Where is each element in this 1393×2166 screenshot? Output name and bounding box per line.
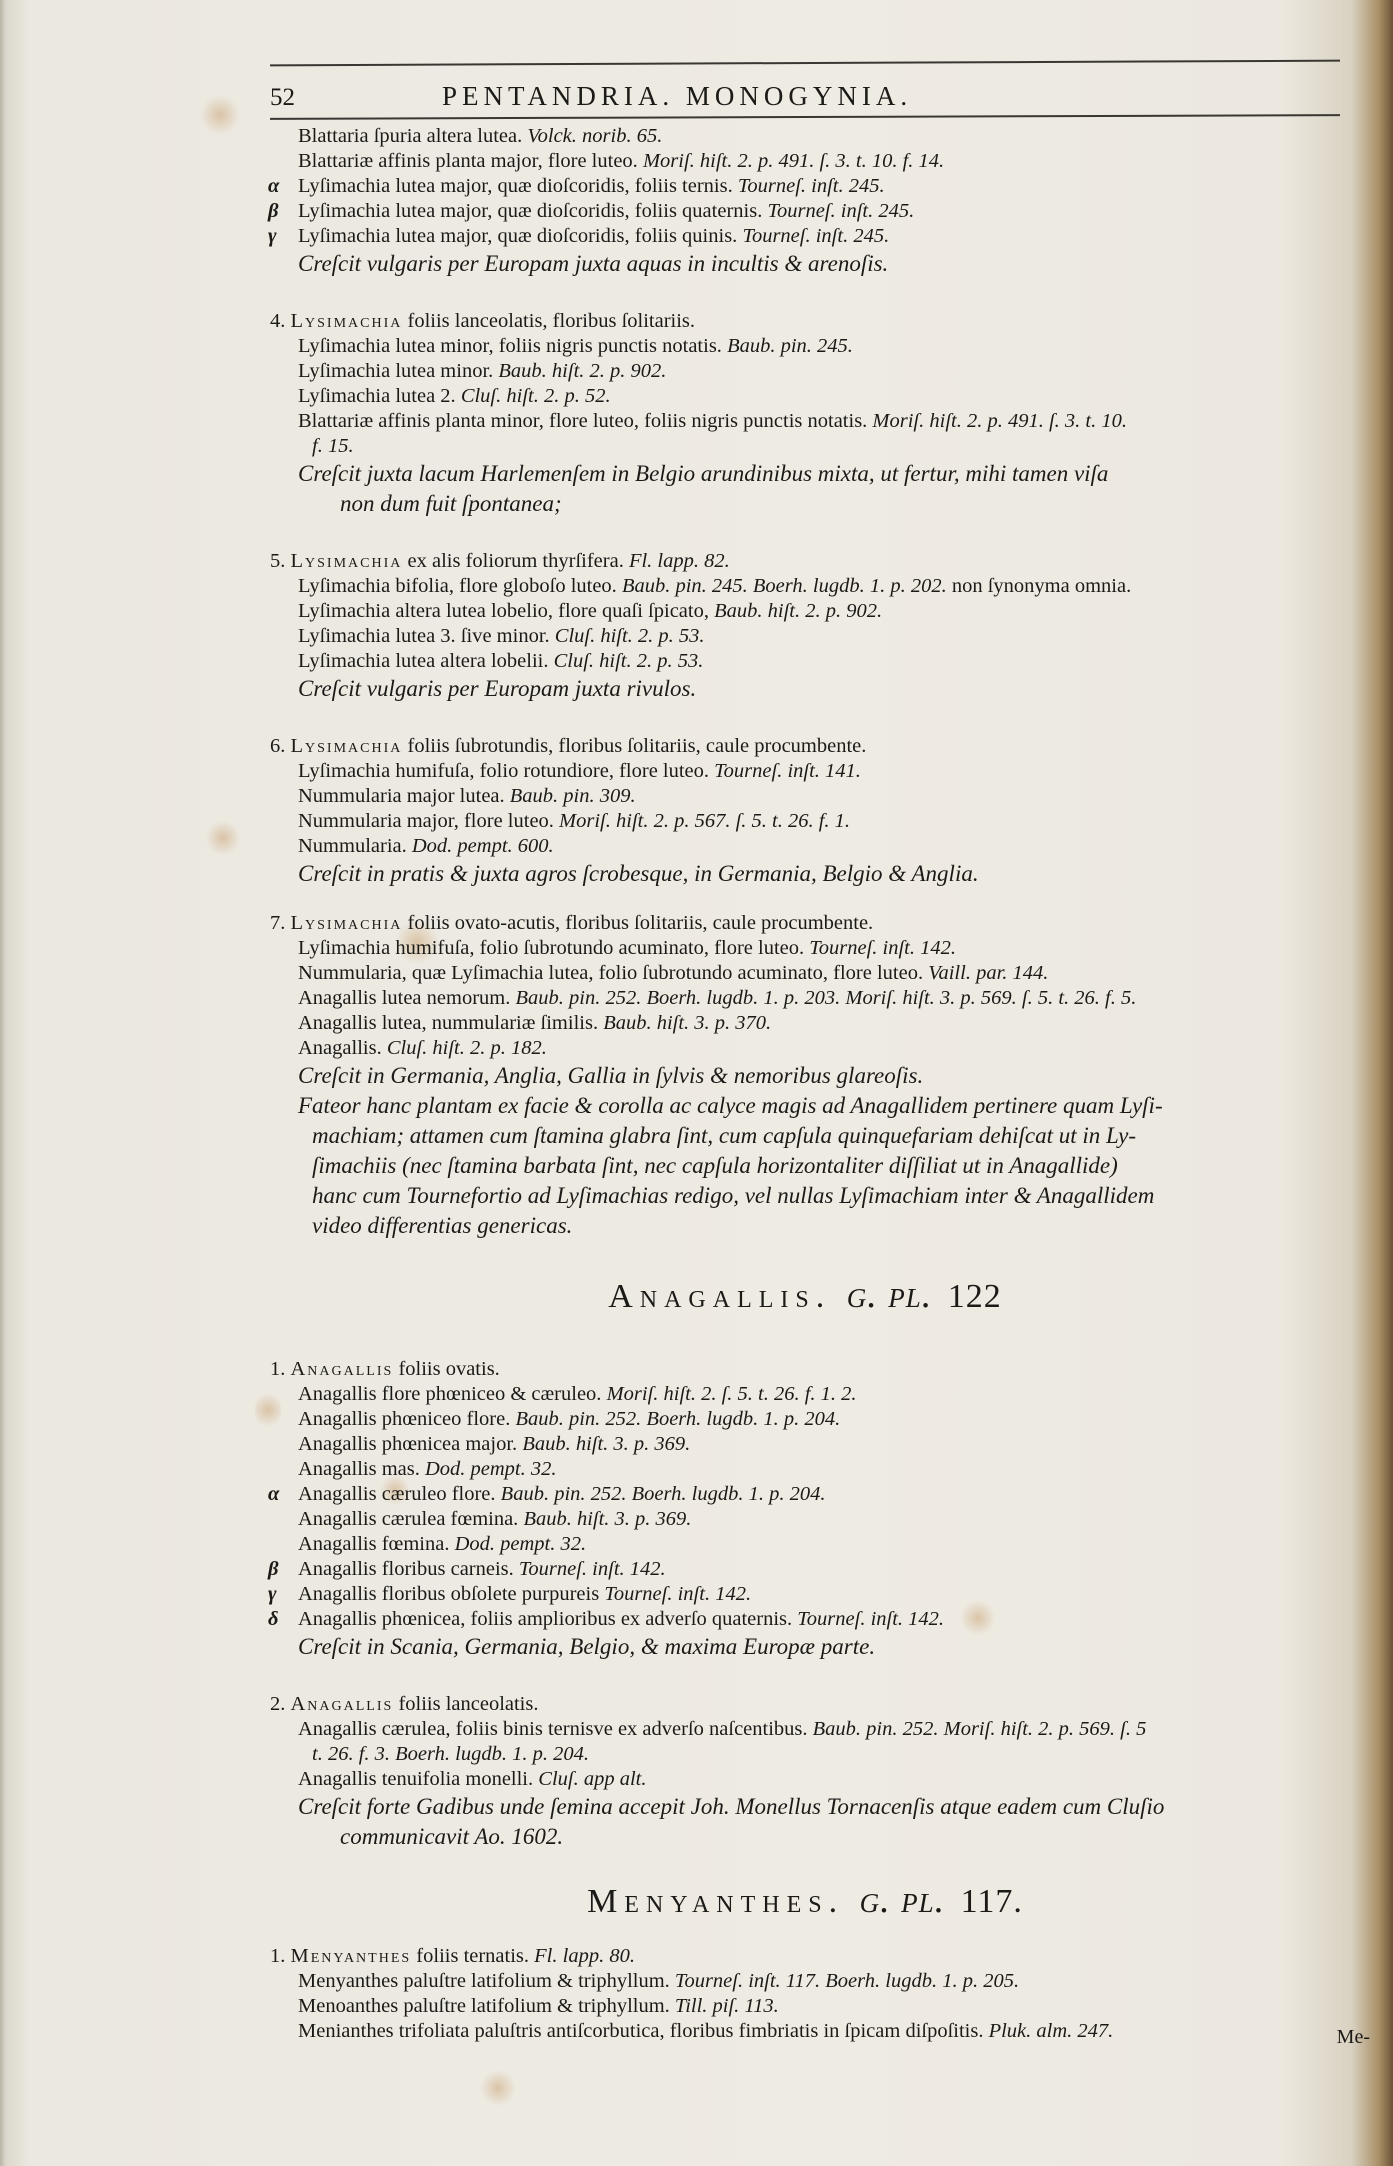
synonym-text: Blattaria ſpuria altera lutea. xyxy=(298,125,522,147)
synonym-line: Lyſimachia bifolia, flore globoſo luteo.… xyxy=(270,574,1340,599)
synonym-ref: Vaill. par. 144. xyxy=(928,962,1048,984)
synonym-ref: Cluſ. hiſt. 2. p. 53. xyxy=(554,650,704,672)
continuation-block: Blattaria ſpuria altera lutea. Volck. no… xyxy=(270,124,1340,279)
synonym-line: Anagallis phœnicea major. Baub. hiſt. 3.… xyxy=(270,1432,1340,1457)
variety-marker: γ xyxy=(268,224,277,249)
synonym-text: Menianthes trifoliata paluſtris antiſcor… xyxy=(298,2020,983,2042)
synonym-line: Menoanthes paluſtre latifolium & triphyl… xyxy=(270,1994,1340,2019)
habitat-line: Creſcit juxta lacum Harlemenſem in Belgi… xyxy=(270,459,1340,489)
page-header: 52 PENTANDRIA. MONOGYNIA. xyxy=(270,72,1340,112)
species-number: 1. xyxy=(270,1945,285,1967)
species-entry: 5. Lysimachia ex alis foliorum thyrſifer… xyxy=(270,549,1340,704)
species-entry: 4. Lysimachia foliis lanceolatis, florib… xyxy=(270,309,1340,519)
synonym-line: Anagallis lutea, nummulariæ ſimilis. Bau… xyxy=(270,1011,1340,1036)
synonym-ref: Baub. hiſt. 3. p. 370. xyxy=(603,1012,771,1034)
synonym-ref: Dod. pempt. 32. xyxy=(425,1458,557,1480)
synonym-line: Nummularia. Dod. pempt. 600. xyxy=(270,834,1340,859)
remark-line: video differentias genericas. xyxy=(270,1211,1340,1241)
genus-heading: Menyanthes. g. pl. 117. xyxy=(270,1878,1340,1922)
genus-name: Lysimachia xyxy=(291,550,403,572)
synonym-note: non ſynonyma omnia. xyxy=(952,575,1131,597)
genus-heading-name: Anagallis. xyxy=(608,1278,831,1315)
genus-heading-name: Menyanthes. xyxy=(587,1883,844,1920)
synonym-line: Anagallis tenuifolia monelli. Cluſ. app … xyxy=(270,1767,1340,1792)
variety-marker: β xyxy=(268,199,279,224)
synonym-ref: t. 26. f. 3. Boerh. lugdb. 1. p. 204. xyxy=(312,1743,589,1765)
synonym-ref: Baub. pin. 252. Boerh. lugdb. 1. p. 204. xyxy=(501,1483,826,1505)
synonym-line: Anagallis cærulea fœmina. Baub. hiſt. 3.… xyxy=(270,1507,1340,1532)
synonym-text: Lyſimachia humifuſa, folio rotundiore, f… xyxy=(298,760,709,782)
synonym-ref: Tourneſ. inſt. 142. xyxy=(604,1583,751,1605)
species-number: 4. xyxy=(270,310,285,332)
synonym-line: Lyſimachia humifuſa, folio rotundiore, f… xyxy=(270,759,1340,784)
synonym-text: Blattariæ affinis planta major, flore lu… xyxy=(298,150,638,172)
synonym-text: Anagallis tenuifolia monelli. xyxy=(298,1768,533,1790)
synonym-ref: Baub. pin. 252. Boerh. lugdb. 1. p. 203.… xyxy=(515,987,1136,1009)
synonym-line: Anagallis lutea nemorum. Baub. pin. 252.… xyxy=(270,986,1340,1011)
species-entry: 1. Menyanthes foliis ternatis. Fl. lapp.… xyxy=(270,1944,1340,2044)
synonym-ref: Tourneſ. inſt. 142. xyxy=(797,1608,944,1630)
synonym-text: Lyſimachia altera lutea lobelio, flore q… xyxy=(298,600,709,622)
synonym-text: Lyſimachia lutea altera lobelii. xyxy=(298,650,548,672)
synonym-line: Nummularia, quæ Lyſimachia lutea, folio … xyxy=(270,961,1340,986)
synonym-text: Anagallis mas. xyxy=(298,1458,420,1480)
diagnosis-text: foliis lanceolatis. xyxy=(398,1693,538,1715)
species-number: 6. xyxy=(270,735,285,757)
synonym-line: Blattariæ affinis planta major, flore lu… xyxy=(270,149,1340,174)
synonym-text: Lyſimachia lutea minor, foliis nigris pu… xyxy=(298,335,722,357)
diagnosis-text: foliis ſubrotundis, floribus ſolitariis,… xyxy=(408,735,867,757)
synonym-ref: Moriſ. hiſt. 2. p. 491. ſ. 3. t. 10. xyxy=(872,410,1127,432)
synonym-ref: Till. piſ. 113. xyxy=(675,1995,779,2017)
synonym-line: αAnagallis cæruleo flore. Baub. pin. 252… xyxy=(270,1482,1340,1507)
synonym-ref: Baub. hiſt. 2. p. 902. xyxy=(714,600,882,622)
synonym-line: βLyſimachia lutea major, quæ dioſcoridis… xyxy=(270,199,1340,224)
synonym-continuation: t. 26. f. 3. Boerh. lugdb. 1. p. 204. xyxy=(270,1742,1340,1767)
habitat-line: Creſcit in Germania, Anglia, Gallia in ſ… xyxy=(270,1061,1340,1091)
synonym-text: Menyanthes paluſtre latifolium & triphyl… xyxy=(298,1970,670,1992)
species-entry: 7. Lysimachia foliis ovato-acutis, flori… xyxy=(270,911,1340,1241)
synonym-ref: Cluſ. app alt. xyxy=(538,1768,646,1790)
remark-line: machiam; attamen cum ſtamina glabra ſint… xyxy=(270,1121,1340,1151)
synonym-text: Anagallis lutea, nummulariæ ſimilis. xyxy=(298,1012,598,1034)
species-number: 7. xyxy=(270,912,285,934)
diagnosis-ref: Fl. lapp. 82. xyxy=(629,550,730,572)
habitat-line: non dum fuit ſpontanea; xyxy=(270,489,1340,519)
remark-line: Fateor hanc plantam ex facie & corolla a… xyxy=(270,1091,1340,1121)
species-entry: 2. Anagallis foliis lanceolatis. Anagall… xyxy=(270,1692,1340,1852)
species-entry: 6. Lysimachia foliis ſubrotundis, florib… xyxy=(270,734,1340,889)
synonym-ref: Cluſ. hiſt. 2. p. 182. xyxy=(387,1037,547,1059)
synonym-line: Lyſimachia lutea minor, foliis nigris pu… xyxy=(270,334,1340,359)
synonym-text: Anagallis fœmina. xyxy=(298,1533,449,1555)
synonym-line: Lyſimachia altera lutea lobelio, flore q… xyxy=(270,599,1340,624)
synonym-text: Anagallis lutea nemorum. xyxy=(298,987,510,1009)
synonym-line: Menyanthes paluſtre latifolium & triphyl… xyxy=(270,1969,1340,1994)
synonym-text: Anagallis cæruleo flore. xyxy=(298,1483,496,1505)
variety-marker: β xyxy=(268,1557,279,1582)
synonym-ref: Tourneſ. inſt. 245. xyxy=(738,175,885,197)
remark-line: hanc cum Tournefortio ad Lyſimachias red… xyxy=(270,1181,1340,1211)
synonym-line: δAnagallis phœnicea, foliis amplioribus … xyxy=(270,1607,1340,1632)
synonym-line: Nummularia major lutea. Baub. pin. 309. xyxy=(270,784,1340,809)
synonym-text: Nummularia, quæ Lyſimachia lutea, folio … xyxy=(298,962,923,984)
synonym-text: Anagallis phœnicea major. xyxy=(298,1433,517,1455)
species-number: 1. xyxy=(270,1358,285,1380)
species-number: 5. xyxy=(270,550,285,572)
synonym-text: Anagallis. xyxy=(298,1037,382,1059)
habitat-line: Creſcit forte Gadibus unde ſemina accepi… xyxy=(270,1792,1340,1822)
genus-heading-number: 117. xyxy=(961,1883,1023,1920)
species-number: 2. xyxy=(270,1693,285,1715)
synonym-ref: Moriſ. hiſt. 2. p. 567. ſ. 5. t. 26. f. … xyxy=(559,810,850,832)
synonym-ref: Cluſ. hiſt. 2. p. 52. xyxy=(461,385,611,407)
habitat-line: Creſcit in Scania, Germania, Belgio, & m… xyxy=(270,1632,1340,1662)
synonym-line: Anagallis cærulea, foliis binis ternisve… xyxy=(270,1717,1340,1742)
diagnosis-text: ex alis foliorum thyrſifera. xyxy=(408,550,624,572)
species-entry: 1. Anagallis foliis ovatis. Anagallis fl… xyxy=(270,1357,1340,1662)
synonym-continuation: f. 15. xyxy=(270,434,1340,459)
genus-heading: Anagallis. g. pl. 122 xyxy=(270,1273,1340,1317)
species-diagnosis: 2. Anagallis foliis lanceolatis. xyxy=(270,1692,1340,1717)
variety-marker: α xyxy=(268,174,279,199)
diagnosis-text: foliis ovatis. xyxy=(398,1358,499,1380)
synonym-ref: Volck. norib. 65. xyxy=(527,125,662,147)
genus-name: Anagallis xyxy=(291,1358,394,1380)
header-bottom-rule xyxy=(270,114,1340,120)
synonym-line: Lyſimachia lutea 2. Cluſ. hiſt. 2. p. 52… xyxy=(270,384,1340,409)
page-number: 52 xyxy=(270,84,322,112)
synonym-line: Blattariæ affinis planta minor, flore lu… xyxy=(270,409,1340,434)
synonym-ref: Baub. pin. 245. xyxy=(727,335,853,357)
synonym-ref: Tourneſ. inſt. 245. xyxy=(767,200,914,222)
species-diagnosis: 7. Lysimachia foliis ovato-acutis, flori… xyxy=(270,911,1340,936)
habitat-line: Creſcit vulgaris per Europam juxta rivul… xyxy=(270,674,1340,704)
synonym-ref: Baub. pin. 309. xyxy=(510,785,636,807)
genus-name: Lysimachia xyxy=(291,912,403,934)
book-page: 52 PENTANDRIA. MONOGYNIA. Blattaria ſpur… xyxy=(270,62,1340,2044)
running-head: PENTANDRIA. MONOGYNIA. xyxy=(442,81,912,112)
genus-name: Lysimachia xyxy=(291,735,403,757)
synonym-ref: Cluſ. hiſt. 2. p. 53. xyxy=(555,625,705,647)
synonym-text: Anagallis cærulea fœmina. xyxy=(298,1508,518,1530)
diagnosis-text: foliis ternatis. xyxy=(416,1945,529,1967)
diagnosis-ref: Fl. lapp. 80. xyxy=(534,1945,635,1967)
synonym-ref: Baub. hiſt. 3. p. 369. xyxy=(523,1508,691,1530)
synonym-ref: Tourneſ. inſt. 245. xyxy=(742,225,889,247)
synonym-text: Lyſimachia lutea minor. xyxy=(298,360,493,382)
catchword: Me- xyxy=(1337,2026,1370,2049)
synonym-line: Anagallis phœniceo flore. Baub. pin. 252… xyxy=(270,1407,1340,1432)
synonym-line: Lyſimachia lutea altera lobelii. Cluſ. h… xyxy=(270,649,1340,674)
synonym-line: γAnagallis floribus obſolete purpureis T… xyxy=(270,1582,1340,1607)
synonym-ref: Baub. pin. 245. Boerh. lugdb. 1. p. 202. xyxy=(622,575,947,597)
genus-heading-ref: g. pl. xyxy=(847,1274,933,1316)
variety-marker: γ xyxy=(268,1582,277,1607)
synonym-text: Anagallis cærulea, foliis binis ternisve… xyxy=(298,1718,808,1740)
habitat-line: Creſcit in pratis & juxta agros ſcrobesq… xyxy=(270,859,1340,889)
synonym-text: Blattariæ affinis planta minor, flore lu… xyxy=(298,410,867,432)
diagnosis-text: foliis ovato-acutis, floribus ſolitariis… xyxy=(408,912,874,934)
synonym-ref: Tourneſ. inſt. 142. xyxy=(519,1558,666,1580)
genus-heading-number: 122 xyxy=(948,1278,1002,1315)
synonym-line: Blattaria ſpuria altera lutea. Volck. no… xyxy=(270,124,1340,149)
genus-name: Menyanthes xyxy=(291,1945,412,1967)
synonym-text: Lyſimachia lutea 3. ſive minor. xyxy=(298,625,550,647)
synonym-ref: Moriſ. hiſt. 2. p. 491. ſ. 3. t. 10. f. … xyxy=(643,150,944,172)
synonym-ref: Tourneſ. inſt. 142. xyxy=(809,937,956,959)
variety-marker: δ xyxy=(268,1607,279,1632)
synonym-ref: Tourneſ. inſt. 117. Boerh. lugdb. 1. p. … xyxy=(675,1970,1019,1992)
species-diagnosis: 1. Menyanthes foliis ternatis. Fl. lapp.… xyxy=(270,1944,1340,1969)
synonym-text: Lyſimachia humifuſa, folio ſubrotundo ac… xyxy=(298,937,804,959)
habitat-line: communicavit Ao. 1602. xyxy=(270,1822,1340,1852)
remark-line: ſimachiis (nec ſtamina barbata ſint, nec… xyxy=(270,1151,1340,1181)
synonym-text: Anagallis phœniceo flore. xyxy=(298,1408,510,1430)
species-diagnosis: 6. Lysimachia foliis ſubrotundis, florib… xyxy=(270,734,1340,759)
synonym-line: Anagallis. Cluſ. hiſt. 2. p. 182. xyxy=(270,1036,1340,1061)
synonym-line: Lyſimachia lutea minor. Baub. hiſt. 2. p… xyxy=(270,359,1340,384)
synonym-ref: f. 15. xyxy=(312,435,354,457)
species-diagnosis: 5. Lysimachia ex alis foliorum thyrſifer… xyxy=(270,549,1340,574)
species-diagnosis: 4. Lysimachia foliis lanceolatis, florib… xyxy=(270,309,1340,334)
synonym-line: Lyſimachia lutea 3. ſive minor. Cluſ. hi… xyxy=(270,624,1340,649)
synonym-line: Anagallis mas. Dod. pempt. 32. xyxy=(270,1457,1340,1482)
synonym-text: Anagallis flore phœniceo & cæruleo. xyxy=(298,1383,601,1405)
variety-marker: α xyxy=(268,1482,279,1507)
synonym-text: Nummularia major, flore luteo. xyxy=(298,810,554,832)
genus-name: Lysimachia xyxy=(291,310,403,332)
synonym-ref: Pluk. alm. 247. xyxy=(989,2020,1114,2042)
synonym-ref: Baub. pin. 252. Boerh. lugdb. 1. p. 204. xyxy=(515,1408,840,1430)
genus-heading-ref: g. pl. xyxy=(860,1879,946,1921)
synonym-line: Anagallis fœmina. Dod. pempt. 32. xyxy=(270,1532,1340,1557)
synonym-text: Lyſimachia lutea 2. xyxy=(298,385,456,407)
synonym-line: Anagallis flore phœniceo & cæruleo. Mori… xyxy=(270,1382,1340,1407)
header-top-rule xyxy=(270,60,1340,67)
synonym-line: Menianthes trifoliata paluſtris antiſcor… xyxy=(270,2019,1340,2044)
habitat-line: Creſcit vulgaris per Europam juxta aquas… xyxy=(270,249,1340,279)
synonym-line: βAnagallis floribus carneis. Tourneſ. in… xyxy=(270,1557,1340,1582)
synonym-text: Lyſimachia bifolia, flore globoſo luteo. xyxy=(298,575,617,597)
synonym-line: γLyſimachia lutea major, quæ dioſcoridis… xyxy=(270,224,1340,249)
synonym-ref: Dod. pempt. 32. xyxy=(455,1533,587,1555)
synonym-text: Nummularia. xyxy=(298,835,407,857)
synonym-text: Lyſimachia lutea major, quæ dioſcoridis,… xyxy=(298,200,762,222)
synonym-text: Anagallis floribus obſolete purpureis xyxy=(298,1583,599,1605)
synonym-text: Lyſimachia lutea major, quæ dioſcoridis,… xyxy=(298,225,737,247)
synonym-line: αLyſimachia lutea major, quæ dioſcoridis… xyxy=(270,174,1340,199)
synonym-ref: Tourneſ. inſt. 141. xyxy=(714,760,861,782)
diagnosis-text: foliis lanceolatis, floribus ſolitariis. xyxy=(408,310,696,332)
synonym-ref: Dod. pempt. 600. xyxy=(412,835,554,857)
synonym-ref: Moriſ. hiſt. 2. ſ. 5. t. 26. f. 1. 2. xyxy=(607,1383,857,1405)
synonym-text: Menoanthes paluſtre latifolium & triphyl… xyxy=(298,1995,670,2017)
synonym-text: Lyſimachia lutea major, quæ dioſcoridis,… xyxy=(298,175,733,197)
synonym-line: Nummularia major, flore luteo. Moriſ. hi… xyxy=(270,809,1340,834)
synonym-ref: Baub. hiſt. 2. p. 902. xyxy=(498,360,666,382)
genus-name: Anagallis xyxy=(291,1693,394,1715)
synonym-ref: Baub. hiſt. 3. p. 369. xyxy=(522,1433,690,1455)
synonym-line: Lyſimachia humifuſa, folio ſubrotundo ac… xyxy=(270,936,1340,961)
species-diagnosis: 1. Anagallis foliis ovatis. xyxy=(270,1357,1340,1382)
synonym-ref: Baub. pin. 252. Moriſ. hiſt. 2. p. 569. … xyxy=(813,1718,1147,1740)
synonym-text: Anagallis floribus carneis. xyxy=(298,1558,514,1580)
synonym-text: Anagallis phœnicea, foliis amplioribus e… xyxy=(298,1608,792,1630)
synonym-text: Nummularia major lutea. xyxy=(298,785,505,807)
